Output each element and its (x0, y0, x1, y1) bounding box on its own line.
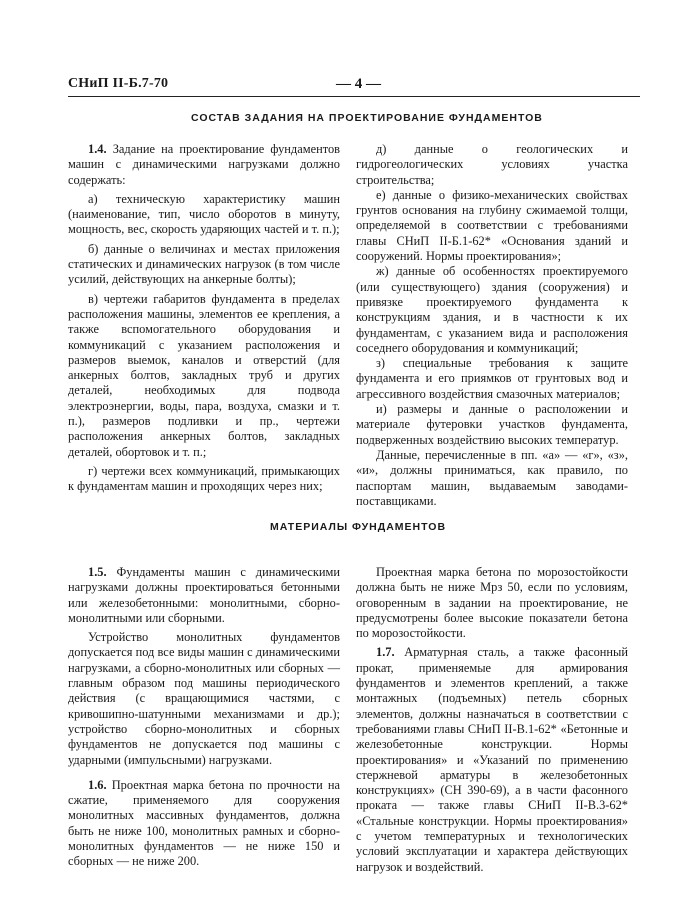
item-b: б) данные о величинах и местах приложени… (68, 242, 340, 288)
clause-number: 1.4. (88, 142, 107, 156)
page-header: СНиП II-Б.7-70 — 4 — (68, 76, 638, 96)
paragraph-text: Фундаменты машин с динамическими нагрузк… (68, 565, 340, 625)
document-code: СНиП II-Б.7-70 (68, 76, 168, 92)
paragraph-1-4: 1.4. Задание на проектирование фундамент… (68, 142, 340, 188)
section-1-right-column: д) данные о геологических и гидрогеологи… (356, 142, 628, 509)
item-a: а) техническую характеристику машин (наи… (68, 192, 340, 238)
item-v: в) чертежи габаритов фундамента в предел… (68, 292, 340, 460)
item-zh: ж) данные об особенностях проектируемого… (356, 264, 628, 356)
section-title-assignment: СОСТАВ ЗАДАНИЯ НА ПРОЕКТИРОВАНИЕ ФУНДАМЕ… (191, 112, 543, 124)
paragraph-text: Проектная марка бетона по прочности на с… (68, 778, 340, 868)
paragraph-1-7: 1.7. Арматурная сталь, а также фасонный … (356, 645, 628, 874)
clause-number: 1.5. (88, 565, 107, 579)
header-divider (68, 96, 640, 97)
section-1-left-column: 1.4. Задание на проектирование фундамент… (68, 142, 340, 499)
item-d: д) данные о геологических и гидрогеологи… (356, 142, 628, 188)
clause-number: 1.7. (376, 645, 395, 659)
paragraph-1-6: 1.6. Проектная марка бетона по прочности… (68, 778, 340, 870)
frost-resistance-note: Проектная марка бетона по морозостойкост… (356, 565, 628, 641)
item-i: и) размеры и данные о расположении и мат… (356, 402, 628, 448)
page-number: — 4 — (336, 76, 381, 93)
clause-number: 1.6. (88, 778, 107, 792)
paragraph-1-5: 1.5. Фундаменты машин с динамическими на… (68, 565, 340, 626)
data-source-note: Данные, перечисленные в пп. «а» — «г», «… (356, 448, 628, 509)
section-2-left-column: 1.5. Фундаменты машин с динамическими на… (68, 565, 340, 874)
paragraph-text: Задание на проектирование фундаментов ма… (68, 142, 340, 187)
item-e: е) данные о физико-механических свойства… (356, 188, 628, 264)
paragraph-text: Арматурная сталь, а также фасонный прока… (356, 645, 628, 873)
item-g: г) чертежи всех коммуникаций, примыкающи… (68, 464, 340, 495)
section-title-materials: МАТЕРИАЛЫ ФУНДАМЕНТОВ (270, 521, 446, 533)
monolithic-note: Устройство монолитных фундаментов допуск… (68, 630, 340, 768)
item-z: з) специальные требования к защите фунда… (356, 356, 628, 402)
section-2-right-column: Проектная марка бетона по морозостойкост… (356, 565, 628, 879)
